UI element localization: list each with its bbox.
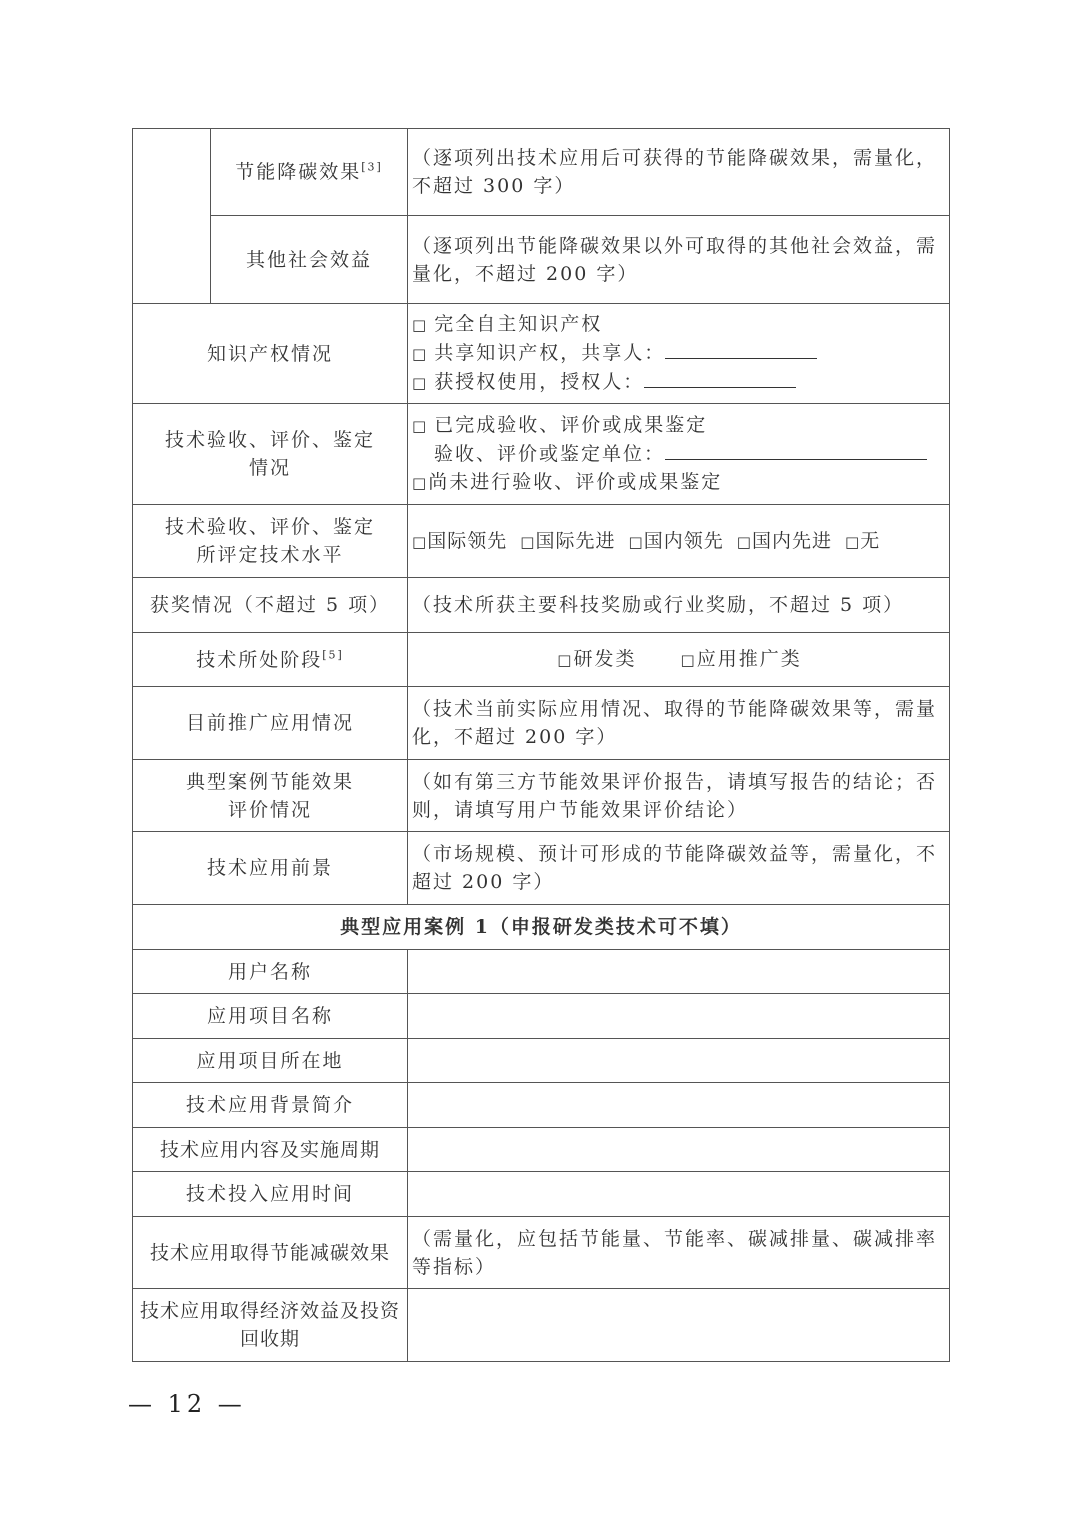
label-level: 技术验收、评价、鉴定所评定技术水平 bbox=[133, 505, 408, 578]
application-form-table: 节能降碳效果[3] （逐项列出技术应用后可获得的节能降碳效果，需量化，不超过 3… bbox=[132, 128, 950, 1362]
checkbox-icon[interactable]: □ bbox=[412, 533, 427, 551]
option-rd[interactable]: □研发类 bbox=[557, 648, 636, 670]
row-case-header: 典型应用案例 1（申报研发类技术可不填） bbox=[133, 905, 950, 950]
field-project-name[interactable] bbox=[408, 994, 950, 1039]
field-stage: □研发类 □应用推广类 bbox=[408, 633, 950, 687]
label-project-location: 应用项目所在地 bbox=[133, 1039, 408, 1083]
checkbox-icon[interactable]: □ bbox=[557, 651, 573, 669]
option-domestic-advanced[interactable]: □国内先进 bbox=[737, 530, 832, 552]
option-promotion[interactable]: □应用推广类 bbox=[681, 648, 802, 670]
label-project-name: 应用项目名称 bbox=[133, 994, 408, 1039]
field-background[interactable] bbox=[408, 1083, 950, 1128]
row-case-economic: 技术应用取得经济效益及投资回收期 bbox=[133, 1289, 950, 1362]
label-case-effect: 技术应用取得节能减碳效果 bbox=[133, 1217, 408, 1289]
option-ip-shared[interactable]: □共享知识产权，共享人： bbox=[412, 339, 947, 368]
field-level: □国际领先 □国际先进 □国内领先 □国内先进 □无 bbox=[408, 505, 950, 578]
field-start-time[interactable] bbox=[408, 1172, 950, 1217]
option-none[interactable]: □无 bbox=[845, 530, 880, 552]
row-promotion: 目前推广应用情况 （技术当前实际应用情况、取得的节能降碳效果等，需量化，不超过 … bbox=[133, 687, 950, 760]
label-content-period: 技术应用内容及实施周期 bbox=[133, 1128, 408, 1172]
label-start-time: 技术投入应用时间 bbox=[133, 1172, 408, 1217]
field-case-eval[interactable]: （如有第三方节能效果评价报告，请填写报告的结论；否则，请填写用户节能效果评价结论… bbox=[408, 760, 950, 832]
row-case-project: 应用项目名称 bbox=[133, 994, 950, 1039]
option-not-accepted[interactable]: □尚未进行验收、评价或成果鉴定 bbox=[412, 468, 947, 497]
checkbox-icon[interactable]: □ bbox=[412, 474, 428, 492]
option-ip-licensed[interactable]: □获授权使用，授权人： bbox=[412, 368, 947, 397]
row-ip: 知识产权情况 □完全自主知识产权 □共享知识产权，共享人： □获授权使用，授权人… bbox=[133, 304, 950, 404]
label-acceptance: 技术验收、评价、鉴定情况 bbox=[133, 404, 408, 505]
row-prospect: 技术应用前景 （市场规模、预计可形成的节能降碳效益等，需量化，不超过 200 字… bbox=[133, 832, 950, 905]
merged-category-cell bbox=[133, 129, 211, 304]
acceptance-unit-line: 验收、评价或鉴定单位： bbox=[412, 440, 947, 468]
label-ip: 知识产权情况 bbox=[133, 304, 408, 404]
checkbox-icon[interactable]: □ bbox=[629, 533, 644, 551]
row-case-background: 技术应用背景简介 bbox=[133, 1083, 950, 1128]
field-effect[interactable]: （逐项列出技术应用后可获得的节能降碳效果，需量化，不超过 300 字） bbox=[408, 129, 950, 216]
field-prospect[interactable]: （市场规模、预计可形成的节能降碳效益等，需量化，不超过 200 字） bbox=[408, 832, 950, 905]
field-case-effect[interactable]: （需量化，应包括节能量、节能率、碳减排量、碳减排率等指标） bbox=[408, 1217, 950, 1289]
label-user-name: 用户名称 bbox=[133, 950, 408, 994]
case-section-header: 典型应用案例 1（申报研发类技术可不填） bbox=[133, 905, 950, 950]
field-promotion[interactable]: （技术当前实际应用情况、取得的节能降碳效果等，需量化，不超过 200 字） bbox=[408, 687, 950, 760]
acceptance-unit-input[interactable] bbox=[665, 445, 927, 460]
label-social: 其他社会效益 bbox=[211, 216, 408, 304]
checkbox-icon[interactable]: □ bbox=[412, 345, 428, 363]
row-case-eval: 典型案例节能效果评价情况 （如有第三方节能效果评价报告，请填写报告的结论；否则，… bbox=[133, 760, 950, 832]
page-number: — 12 — bbox=[128, 1390, 246, 1418]
label-case-economic: 技术应用取得经济效益及投资回收期 bbox=[133, 1289, 408, 1362]
option-intl-advanced[interactable]: □国际先进 bbox=[520, 530, 615, 552]
row-social: 其他社会效益 （逐项列出节能降碳效果以外可取得的其他社会效益，需量化，不超过 2… bbox=[133, 216, 950, 304]
checkbox-icon[interactable]: □ bbox=[681, 651, 697, 669]
label-effect: 节能降碳效果[3] bbox=[211, 129, 408, 216]
field-social[interactable]: （逐项列出节能降碳效果以外可取得的其他社会效益，需量化，不超过 200 字） bbox=[408, 216, 950, 304]
checkbox-icon[interactable]: □ bbox=[412, 374, 428, 392]
option-ip-own[interactable]: □完全自主知识产权 bbox=[412, 310, 947, 339]
label-awards: 获奖情况（不超过 5 项） bbox=[133, 578, 408, 633]
checkbox-icon[interactable]: □ bbox=[845, 533, 860, 551]
checkbox-icon[interactable]: □ bbox=[412, 316, 428, 334]
field-ip: □完全自主知识产权 □共享知识产权，共享人： □获授权使用，授权人： bbox=[408, 304, 950, 404]
row-case-location: 应用项目所在地 bbox=[133, 1039, 950, 1083]
row-case-content: 技术应用内容及实施周期 bbox=[133, 1128, 950, 1172]
licensor-input[interactable] bbox=[644, 373, 796, 388]
row-case-time: 技术投入应用时间 bbox=[133, 1172, 950, 1217]
row-awards: 获奖情况（不超过 5 项） （技术所获主要科技奖励或行业奖励，不超过 5 项） bbox=[133, 578, 950, 633]
label-background: 技术应用背景简介 bbox=[133, 1083, 408, 1128]
checkbox-icon[interactable]: □ bbox=[520, 533, 535, 551]
field-case-economic[interactable] bbox=[408, 1289, 950, 1362]
sharer-input[interactable] bbox=[665, 344, 817, 359]
option-domestic-leading[interactable]: □国内领先 bbox=[629, 530, 724, 552]
row-case-effect: 技术应用取得节能减碳效果 （需量化，应包括节能量、节能率、碳减排量、碳减排率等指… bbox=[133, 1217, 950, 1289]
field-acceptance: □已完成验收、评价或成果鉴定 验收、评价或鉴定单位： □尚未进行验收、评价或成果… bbox=[408, 404, 950, 505]
row-acceptance: 技术验收、评价、鉴定情况 □已完成验收、评价或成果鉴定 验收、评价或鉴定单位： … bbox=[133, 404, 950, 505]
field-project-location[interactable] bbox=[408, 1039, 950, 1083]
label-prospect: 技术应用前景 bbox=[133, 832, 408, 905]
row-level: 技术验收、评价、鉴定所评定技术水平 □国际领先 □国际先进 □国内领先 □国内先… bbox=[133, 505, 950, 578]
field-awards[interactable]: （技术所获主要科技奖励或行业奖励，不超过 5 项） bbox=[408, 578, 950, 633]
checkbox-icon[interactable]: □ bbox=[737, 533, 752, 551]
row-stage: 技术所处阶段[5] □研发类 □应用推广类 bbox=[133, 633, 950, 687]
field-user-name[interactable] bbox=[408, 950, 950, 994]
label-stage: 技术所处阶段[5] bbox=[133, 633, 408, 687]
checkbox-icon[interactable]: □ bbox=[412, 417, 428, 435]
label-promotion: 目前推广应用情况 bbox=[133, 687, 408, 760]
option-intl-leading[interactable]: □国际领先 bbox=[412, 530, 507, 552]
row-effect: 节能降碳效果[3] （逐项列出技术应用后可获得的节能降碳效果，需量化，不超过 3… bbox=[133, 129, 950, 216]
field-content-period[interactable] bbox=[408, 1128, 950, 1172]
row-case-user: 用户名称 bbox=[133, 950, 950, 994]
option-accepted[interactable]: □已完成验收、评价或成果鉴定 bbox=[412, 411, 947, 440]
label-case-eval: 典型案例节能效果评价情况 bbox=[133, 760, 408, 832]
